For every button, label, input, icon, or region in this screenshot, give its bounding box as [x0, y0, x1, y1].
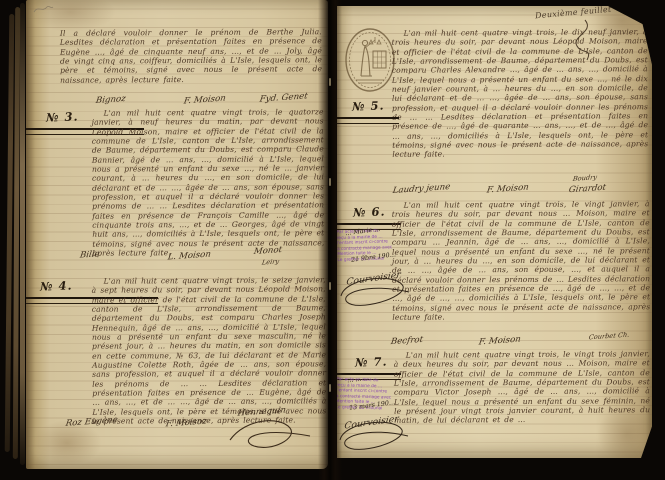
acte-6-text: L'an mil huit cent quatre vingt trois, l… — [392, 199, 651, 327]
signature: Becfrot — [390, 335, 424, 347]
acte-number-4: № 4. — [40, 278, 73, 293]
acte-number-6: № 6. — [353, 204, 386, 219]
acte-number-5: № 5. — [352, 98, 385, 113]
signature: Boudry — [572, 173, 597, 183]
signature: Girardot — [568, 183, 607, 196]
acte-number-3: № 3. — [46, 109, 79, 124]
margin-rule — [337, 117, 399, 124]
register-right-page: Deuxième feuillet L'an mil huit cent qua… — [337, 6, 652, 458]
acte-continuation-text: Il a déclaré vouloir donner le prénom de… — [60, 27, 322, 95]
signature: Laudry jeune — [392, 182, 451, 196]
pencil-mark — [32, 3, 54, 15]
folio-annotation: Deuxième feuillet — [535, 5, 612, 21]
signature: F. Moison — [478, 335, 521, 348]
official-seal-icon — [342, 26, 398, 94]
signature: F. Moison — [183, 94, 226, 107]
signature: Monot — [253, 245, 283, 257]
acte-4-text: L'an mil huit cent quatre vingt trois, l… — [92, 275, 327, 416]
scanned-register-photo: Il a déclaré vouloir donner le prénom de… — [0, 0, 665, 480]
signature: Roz Eugène — [65, 415, 118, 429]
signature: F. Moisoz — [165, 417, 207, 430]
acte-number-7: № 7. — [355, 354, 388, 369]
acte-5-text: L'an mil huit cent quatre vingt trois, l… — [392, 27, 649, 179]
binding-stitch — [329, 178, 331, 186]
signature: L. Moison — [167, 250, 211, 263]
acte-7-text: L'an mil huit cent quatre vingt trois, l… — [394, 349, 651, 449]
book-leaf-edge — [20, 3, 25, 465]
binding-stitch — [329, 282, 331, 290]
acte-3-text: L'an mil huit cent quatre vingt trois, l… — [92, 107, 325, 250]
binding-stitch — [329, 78, 331, 86]
stamp-signature: Courvoisier — [344, 414, 399, 431]
signature: Courbet Ch. — [588, 331, 630, 342]
register-left-page: Il a déclaré vouloir donner le prénom de… — [26, 0, 328, 469]
signature: F. Moison — [486, 183, 529, 196]
signature: Leiry — [261, 257, 279, 266]
signature: Bignoz — [95, 94, 126, 106]
signature: Fyd. Genet — [259, 91, 308, 104]
signature: Bille — [79, 249, 100, 260]
paper-stain — [26, 0, 116, 32]
binding-stitch — [329, 384, 331, 392]
